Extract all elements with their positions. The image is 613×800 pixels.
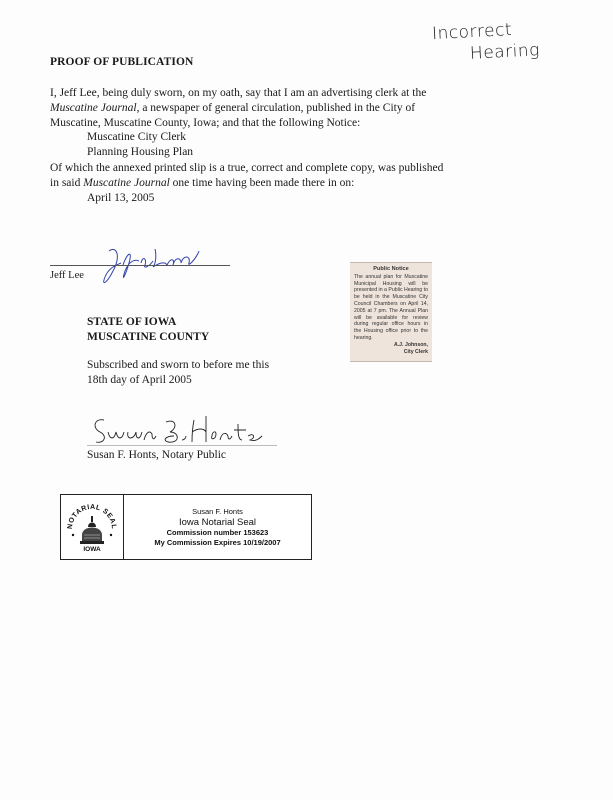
paragraph-1-line-3: Muscatine, Muscatine County, Iowa; and t… (50, 116, 426, 131)
publication-date: April 13, 2005 (87, 192, 154, 204)
notary-name: Susan F. Honts, Notary Public (87, 449, 226, 461)
clipping-title: Public Notice (354, 266, 428, 273)
venue-county: MUSCATINE COUNTY (87, 330, 209, 345)
venue: STATE OF IOWA MUSCATINE COUNTY (87, 315, 209, 345)
paragraph-1-line-2-rest: , a newspaper of general circulation, pu… (137, 102, 415, 114)
capitol-dome-icon: NOTARIAL SEAL IOWA (64, 499, 120, 555)
seal-expiration: My Commission Expires 10/19/2007 (154, 538, 280, 548)
handwritten-annotation-line1: Incorrect (432, 20, 513, 44)
paragraph-1: I, Jeff Lee, being duly sworn, on my oat… (50, 86, 426, 131)
seal-emblem: NOTARIAL SEAL IOWA (61, 495, 124, 559)
paragraph-2-prefix: in said (50, 177, 83, 189)
signer-name: Jeff Lee (50, 270, 84, 281)
newspaper-name: Muscatine Journal (50, 102, 137, 114)
seal-notary-name: Susan F. Honts (192, 507, 243, 517)
jurat-line-1: Subscribed and sworn to before me this (87, 358, 269, 373)
paragraph-2-line-1: Of which the annexed printed slip is a t… (50, 161, 443, 176)
newspaper-name-2: Muscatine Journal (83, 177, 170, 189)
paragraph-1-line-1: I, Jeff Lee, being duly sworn, on my oat… (50, 86, 426, 101)
seal-details: Susan F. Honts Iowa Notarial Seal Commis… (124, 495, 311, 559)
clipping-signer-title: City Clerk (354, 349, 428, 356)
paragraph-2-rest: one time having been made there in on: (170, 177, 355, 189)
signature-notary (90, 410, 265, 448)
document-title: PROOF OF PUBLICATION (50, 56, 193, 68)
seal-commission-number: Commission number 153623 (167, 528, 269, 538)
notice-item-2: Planning Housing Plan (87, 146, 193, 158)
paragraph-2: Of which the annexed printed slip is a t… (50, 161, 443, 191)
jurat: Subscribed and sworn to before me this 1… (87, 358, 269, 388)
svg-text:IOWA: IOWA (83, 546, 101, 553)
newspaper-clipping: Public Notice The annual plan for Muscat… (350, 262, 432, 362)
notarial-seal-stamp: NOTARIAL SEAL IOWA Susan F. Honts Iowa N… (60, 494, 312, 560)
seal-title: Iowa Notarial Seal (179, 517, 256, 528)
notice-item-1: Muscatine City Clerk (87, 131, 186, 143)
signature-jeff-lee (95, 243, 205, 293)
paragraph-2-line-2: in said Muscatine Journal one time havin… (50, 176, 443, 191)
signature-line-jeff-lee (50, 265, 230, 266)
clipping-body: The annual plan for Muscatine Municipal … (354, 274, 428, 342)
paragraph-1-line-2: Muscatine Journal, a newspaper of genera… (50, 101, 426, 116)
venue-state: STATE OF IOWA (87, 315, 209, 330)
clipping-signer: A.J. Johnson, (354, 342, 428, 349)
signature-line-notary (87, 445, 277, 446)
jurat-line-2: 18th day of April 2005 (87, 373, 269, 388)
handwritten-annotation-line2: Hearing (470, 40, 541, 64)
